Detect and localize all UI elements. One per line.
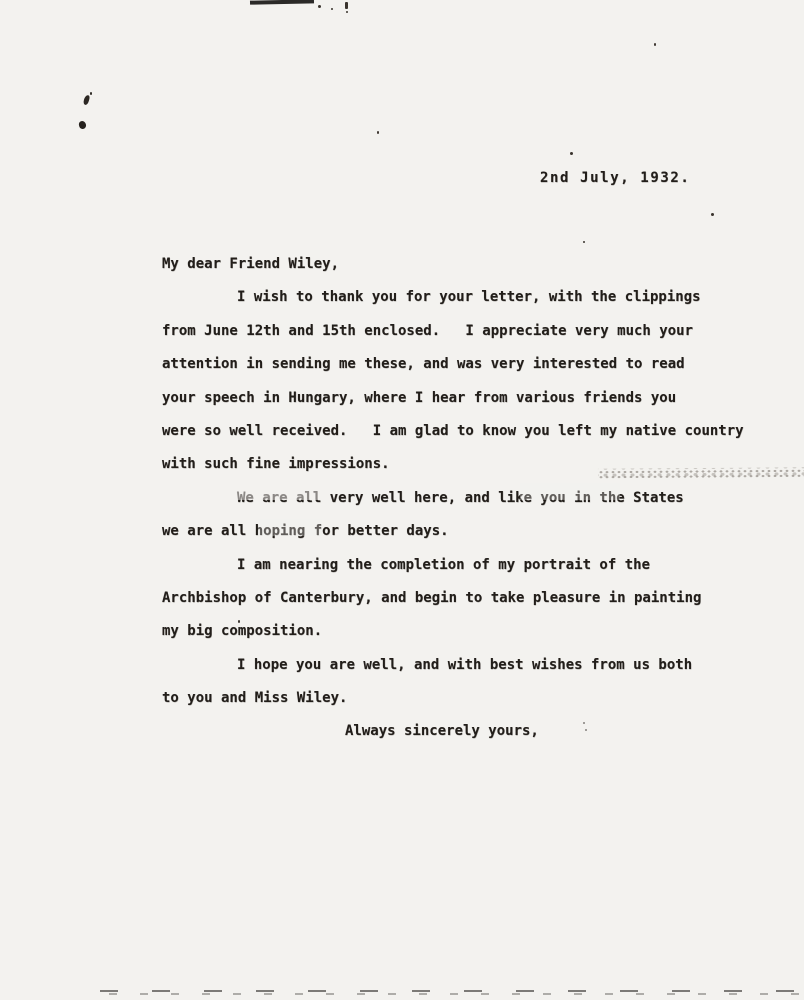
scan-speck bbox=[318, 5, 321, 8]
date-line: 2nd July, 1932. bbox=[540, 170, 690, 186]
letter-line: from June 12th and 15th enclosed. I appr… bbox=[162, 315, 762, 348]
scan-speck bbox=[711, 213, 714, 216]
letter-line: my big composition. bbox=[162, 615, 762, 648]
scan-speck bbox=[345, 2, 348, 9]
letter-line: We are all very well here, and like you … bbox=[162, 482, 762, 515]
scan-artifact-ink-mark bbox=[83, 95, 91, 106]
scan-speck bbox=[377, 131, 379, 134]
scan-speck bbox=[570, 152, 573, 155]
letter-line: we are all hoping for better days. bbox=[162, 515, 762, 548]
letter-line: your speech in Hungary, where I hear fro… bbox=[162, 382, 762, 415]
scan-speck bbox=[654, 43, 656, 46]
scan-artifact-ink-mark bbox=[90, 92, 92, 95]
letter-line: were so well received. I am glad to know… bbox=[162, 415, 762, 448]
scan-speck bbox=[583, 241, 585, 243]
letter-page: 2nd July, 1932. My dear Friend Wiley, I … bbox=[0, 0, 804, 1000]
letter-line: to you and Miss Wiley. bbox=[162, 682, 762, 715]
scan-speck bbox=[346, 11, 348, 13]
closing-line: Always sincerely yours, bbox=[162, 715, 762, 748]
salutation: My dear Friend Wiley, bbox=[162, 248, 762, 281]
letter-line: I hope you are well, and with best wishe… bbox=[162, 649, 762, 682]
scan-artifact-ink-mark bbox=[78, 120, 86, 129]
letter-line: I wish to thank you for your letter, wit… bbox=[162, 281, 762, 314]
letter-line: I am nearing the completion of my portra… bbox=[162, 549, 762, 582]
letter-line: Archbishop of Canterbury, and begin to t… bbox=[162, 582, 762, 615]
scan-artifact-bottom-edge bbox=[100, 987, 800, 996]
scan-speck bbox=[331, 8, 333, 10]
letter-line: attention in sending me these, and was v… bbox=[162, 348, 762, 381]
letter-line: with such fine impressions. bbox=[162, 448, 762, 481]
scan-artifact-top-dash bbox=[250, 0, 314, 5]
letter-body: My dear Friend Wiley, I wish to thank yo… bbox=[162, 248, 762, 749]
